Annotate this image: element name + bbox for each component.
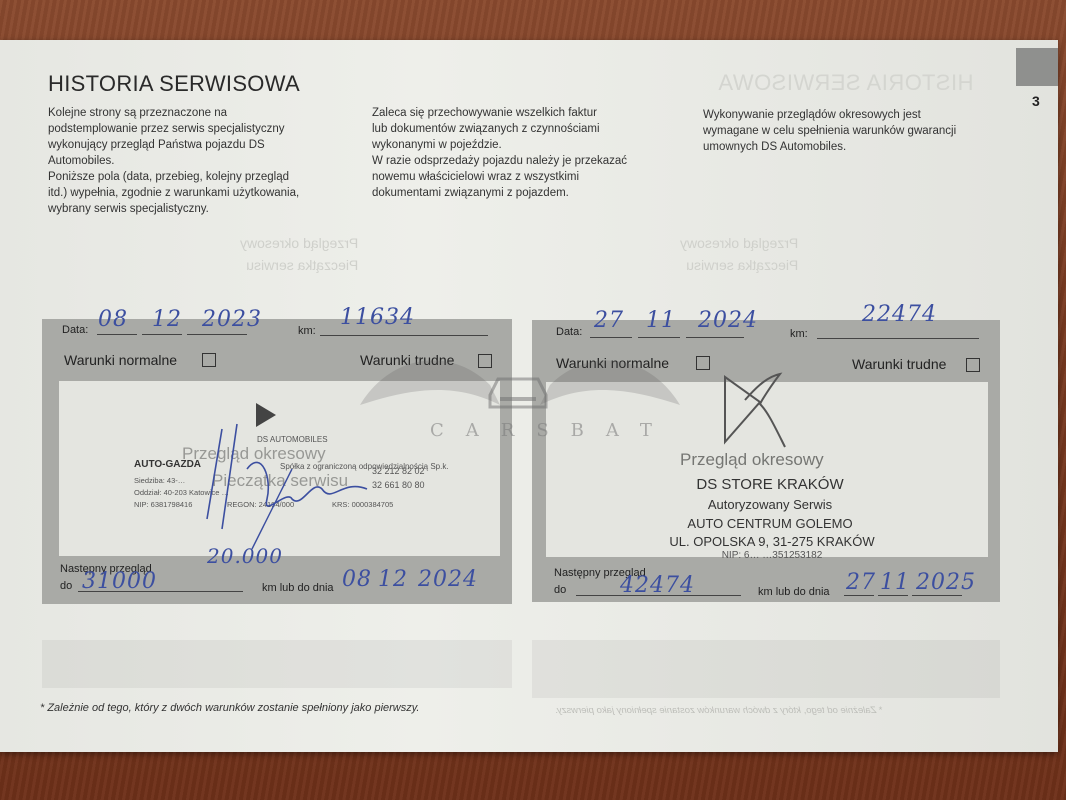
date-day-value[interactable]: 08 <box>98 307 128 332</box>
stamp-line-1: DS STORE KRAKÓW <box>650 476 890 493</box>
next-date-day[interactable]: 08 <box>342 567 372 592</box>
next-km-value[interactable]: 31000 <box>82 569 157 594</box>
next-km-note: 20.000 <box>207 544 283 568</box>
date-year-line <box>686 337 744 338</box>
intro-right-text: Wykonywanie przeglądów okresowych jest w… <box>703 107 956 155</box>
ghost-line: Przegląd okresowy <box>680 232 798 254</box>
normal-conditions-label: Warunki normalne <box>64 352 177 368</box>
bleed-through-footnote: * Zależnie od tego, który z dwóch warunk… <box>555 705 883 716</box>
ds-logo-icon <box>720 372 790 452</box>
date-year-line <box>187 334 247 335</box>
page-tab-marker <box>1016 48 1058 86</box>
stamp-line-2: Autoryzowany Serwis <box>650 497 890 512</box>
hard-conditions-label: Warunki trudne <box>852 356 946 372</box>
bleed-through-text-left: Przegląd okresowy Pieczątka serwisu <box>240 232 358 276</box>
bleed-through-box-right <box>532 640 1000 698</box>
watermark-text: CARSBAT <box>430 420 674 441</box>
next-date-month[interactable]: 12 <box>378 567 408 592</box>
stamp-heading: Przegląd okresowy <box>680 450 824 470</box>
normal-conditions-checkbox[interactable] <box>696 356 710 370</box>
next-service-do-label: do <box>554 584 566 596</box>
date-year-value[interactable]: 2024 <box>698 308 758 333</box>
next-date-day-line <box>844 595 874 596</box>
ghost-line: Pieczątka serwisu <box>240 254 358 276</box>
stamp-line-3: AUTO CENTRUM GOLEMO <box>640 516 900 531</box>
stamp-company: AUTO-GAZDA <box>134 459 201 471</box>
ghost-line: Przegląd okresowy <box>240 232 358 254</box>
km-line <box>320 335 488 336</box>
page-number: 3 <box>1032 93 1040 109</box>
next-date-year-line <box>912 595 962 596</box>
stamp-line-5: NIP: 6… …351253182 <box>642 550 902 561</box>
stamp-line-4: UL. OPOLSKA 9, 31-275 KRAKÓW <box>632 534 912 549</box>
km-value[interactable]: 11634 <box>340 305 415 330</box>
bleed-through-box-left <box>42 640 512 688</box>
next-date-year[interactable]: 2024 <box>418 567 478 592</box>
date-month-line <box>142 334 182 335</box>
stamp-nip: NIP: 6381798416 <box>134 499 192 511</box>
km-value[interactable]: 22474 <box>862 302 937 327</box>
km-or-date-label: km lub do dnia <box>262 582 334 594</box>
next-date-month-line <box>878 595 908 596</box>
date-day-line <box>97 334 137 335</box>
next-service-do-label: do <box>60 580 72 592</box>
footnote: * Zależnie od tego, który z dwóch warunk… <box>40 702 419 714</box>
ghost-line: Pieczątka serwisu <box>680 254 798 276</box>
km-line <box>817 338 979 339</box>
bleed-through-title: HISTORIA SERWISOWA <box>718 70 974 96</box>
km-or-date-label: km lub do dnia <box>758 586 830 598</box>
next-date-month[interactable]: 11 <box>880 570 910 595</box>
stamp-seat: Siedziba: 43-… <box>134 475 185 487</box>
watermark-wings-icon <box>350 345 690 425</box>
date-month-value[interactable]: 12 <box>152 307 182 332</box>
date-day-line <box>590 337 632 338</box>
date-month-value[interactable]: 11 <box>646 308 676 333</box>
date-month-line <box>638 337 680 338</box>
next-km-value[interactable]: 42474 <box>620 573 695 598</box>
intro-left-text: Kolejne strony są przeznaczone na podste… <box>48 105 299 217</box>
date-year-value[interactable]: 2023 <box>202 307 262 332</box>
intro-middle-text: Zaleca się przechowywanie wszelkich fakt… <box>372 105 627 201</box>
km-label: km: <box>790 328 808 340</box>
date-label: Data: <box>62 324 88 336</box>
hard-conditions-checkbox[interactable] <box>966 358 980 372</box>
next-date-year[interactable]: 2025 <box>916 570 976 595</box>
km-label: km: <box>298 325 316 337</box>
bleed-through-text-right: Przegląd okresowy Pieczątka serwisu <box>680 232 798 276</box>
date-day-value[interactable]: 27 <box>594 308 624 333</box>
next-date-day[interactable]: 27 <box>846 570 876 595</box>
date-label: Data: <box>556 326 582 338</box>
normal-conditions-checkbox[interactable] <box>202 353 216 367</box>
page-title: HISTORIA SERWISOWA <box>48 71 300 97</box>
